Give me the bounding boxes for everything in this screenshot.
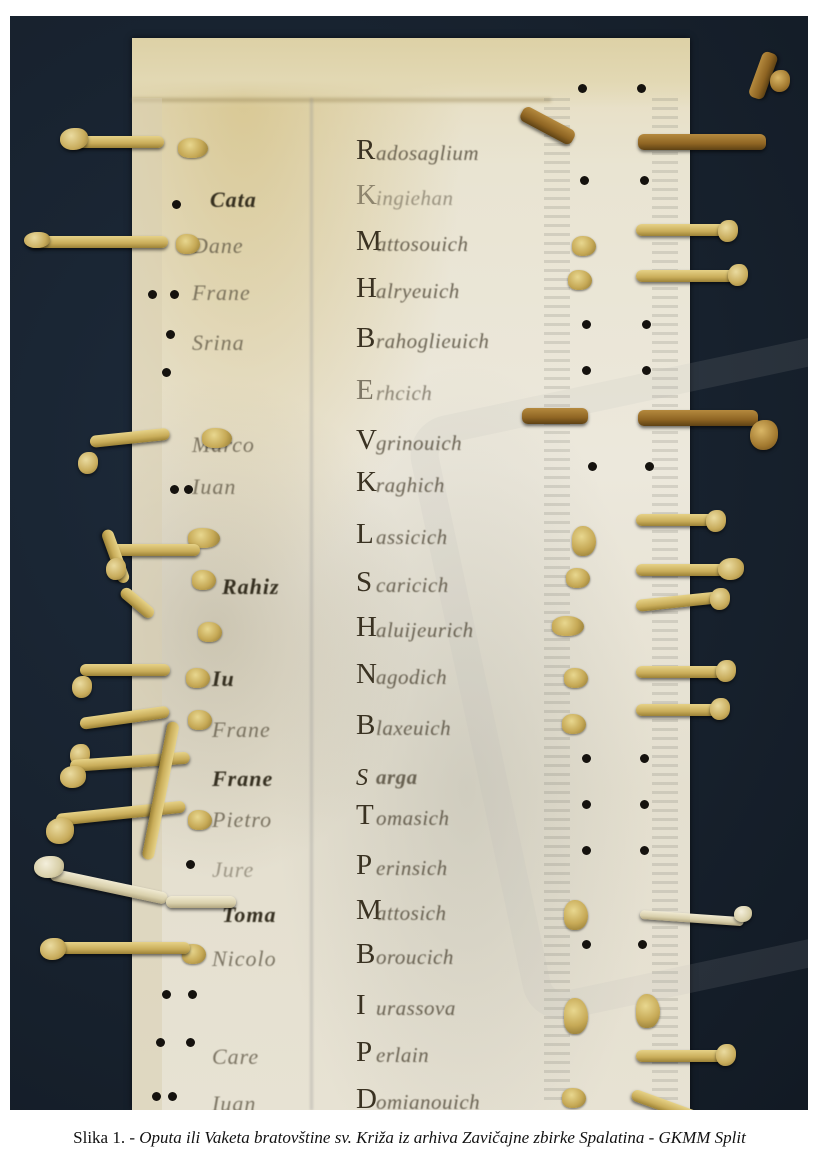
stitch-hole [582, 366, 591, 375]
thong-knot [188, 710, 212, 730]
thong-end [710, 588, 730, 610]
thong-knot [566, 568, 590, 588]
stitch-hole [582, 800, 591, 809]
leather-thong [522, 408, 588, 424]
thong-end [770, 70, 790, 92]
surname-initial: K [356, 468, 377, 497]
surname-initial: H [356, 613, 377, 642]
name-row: Dane M attosouich [132, 227, 690, 267]
thong-knot [564, 998, 588, 1034]
stitch-hole [642, 366, 651, 375]
leather-thong [636, 514, 716, 526]
surname: agodich [376, 665, 447, 690]
archival-photograph: R adosaglium Cata K ingiehan Dane M atto… [10, 16, 808, 1110]
leather-thong [638, 134, 766, 150]
surname: caricich [376, 573, 449, 598]
stitch-hole [186, 860, 195, 869]
stitch-hole [186, 1038, 195, 1047]
thong-knot [636, 994, 660, 1028]
name-row: Srina B rahoglieuich [132, 324, 690, 364]
stitch-hole [170, 485, 179, 494]
stitch-hole [640, 176, 649, 185]
stitch-hole [162, 368, 171, 377]
stitch-hole [582, 754, 591, 763]
thong-knot [564, 900, 588, 930]
surname: attosouich [376, 232, 469, 257]
stitch-hole [580, 176, 589, 185]
thong-end [24, 232, 50, 248]
surname-initial: N [356, 660, 377, 689]
first-name: Rahiz [222, 574, 372, 600]
thong-end [72, 676, 92, 698]
surname: aluijeurich [376, 618, 474, 643]
stitch-hole [156, 1038, 165, 1047]
first-name: Jure [212, 857, 362, 883]
thong-end [106, 558, 126, 580]
figure-caption: Slika 1. - Oputa ili Vaketa bratovštine … [0, 1128, 819, 1148]
name-row: Pietro T omasich [132, 801, 690, 841]
stitch-hole [645, 462, 654, 471]
stitch-hole [184, 485, 193, 494]
name-row: Cata K ingiehan [132, 181, 690, 221]
stitch-hole [640, 754, 649, 763]
surname: attosich [376, 901, 447, 926]
stitch-hole [170, 290, 179, 299]
thong-knot [562, 1088, 586, 1108]
stitch-hole [582, 846, 591, 855]
surname: raghich [376, 473, 445, 498]
thong-end [60, 766, 86, 788]
thong-knot [564, 668, 588, 688]
thong-knot [568, 270, 592, 290]
surname: rhcich [376, 381, 432, 406]
stitch-hole [148, 290, 157, 299]
surname: grinouich [376, 431, 462, 456]
stitch-hole [166, 330, 175, 339]
name-row: Rahiz S caricich [132, 568, 690, 608]
thong-knot [198, 622, 222, 642]
thong-end [60, 128, 88, 150]
stitch-hole [188, 990, 197, 999]
leather-thong [166, 896, 236, 908]
surname: oroucich [376, 945, 454, 970]
surname-initial: T [356, 801, 374, 830]
name-row: Iuan K raghich [132, 468, 690, 508]
thong-knot [176, 234, 200, 254]
stitch-hole [152, 1092, 161, 1101]
stitch-hole [640, 800, 649, 809]
name-row: Iuan D omianouich [132, 1085, 690, 1110]
first-name: Srina [192, 330, 342, 356]
surname-initial: V [356, 426, 377, 455]
name-row: Jure P erinsich [132, 851, 690, 891]
thong-end [716, 660, 736, 682]
stitch-hole [168, 1092, 177, 1101]
first-name: Dane [192, 233, 342, 259]
leather-thong [110, 544, 200, 556]
surname: assicich [376, 525, 448, 550]
thong-end [734, 906, 752, 922]
stitch-hole [582, 940, 591, 949]
thong-knot [178, 138, 208, 158]
stitch-hole [640, 846, 649, 855]
first-name: Frane [212, 766, 362, 792]
thong-end [78, 452, 98, 474]
name-row: Nicolo B oroucich [132, 940, 690, 980]
surname: urassova [376, 996, 456, 1021]
surname-initial: L [356, 520, 374, 549]
surname-initial: P [356, 1038, 372, 1067]
surname-initial: R [356, 136, 375, 165]
name-row: Frane H alryeuich [132, 274, 690, 314]
name-row: Care P erlain [132, 1038, 690, 1078]
surname: omianouich [376, 1090, 480, 1110]
surname-initial: E [356, 376, 374, 405]
name-row: Frane B laxeuich [132, 711, 690, 751]
parchment-sheet: R adosaglium Cata K ingiehan Dane M atto… [132, 38, 690, 1110]
leather-thong [636, 704, 718, 716]
first-name: Pietro [212, 807, 362, 833]
surname: erinsich [376, 856, 448, 881]
stitch-hole [642, 320, 651, 329]
leather-thong [636, 224, 728, 236]
first-name: Toma [222, 902, 372, 928]
surname: adosaglium [376, 141, 479, 166]
first-name: Frane [212, 717, 362, 743]
surname: rahoglieuich [376, 329, 489, 354]
surname-initial: B [356, 940, 375, 969]
first-name: Nicolo [212, 946, 362, 972]
surname-initial: B [356, 324, 375, 353]
surname-initial: H [356, 274, 377, 303]
caption-label: Slika 1. - [73, 1128, 139, 1147]
stitch-hole [588, 462, 597, 471]
surname: laxeuich [376, 716, 451, 741]
thong-end [718, 558, 744, 580]
thong-knot [562, 714, 586, 734]
leather-thong [636, 564, 726, 576]
first-name: Iuan [212, 1091, 362, 1110]
thong-end [706, 510, 726, 532]
first-name: Iuan [192, 474, 342, 500]
thong-end [710, 698, 730, 720]
name-row: Frane S arga [132, 760, 690, 800]
name-row: Iu N agodich [132, 660, 690, 700]
surname: alryeuich [376, 279, 460, 304]
stitch-hole [172, 200, 181, 209]
first-name: Cata [210, 187, 360, 213]
stitch-hole [582, 320, 591, 329]
thong-knot [186, 668, 210, 688]
surname: erlain [376, 1043, 429, 1068]
surname-initial: S [356, 766, 368, 790]
stitch-hole [638, 940, 647, 949]
stitch-hole [637, 84, 646, 93]
stitch-hole [578, 84, 587, 93]
surname-initial: B [356, 711, 375, 740]
surname-initial: S [356, 568, 372, 597]
thong-end [716, 1044, 736, 1066]
surname: omasich [376, 806, 450, 831]
thong-knot [202, 428, 232, 448]
thong-end [46, 818, 74, 844]
first-name: Care [212, 1044, 362, 1070]
first-name: Frane [192, 280, 342, 306]
leather-thong [50, 942, 190, 954]
name-row: E rhcich [132, 376, 690, 416]
surname-initial: K [356, 181, 377, 210]
surname-initial: I [356, 991, 366, 1020]
thong-knot [572, 526, 596, 556]
leather-thong [638, 410, 758, 426]
thong-end [728, 264, 748, 286]
thong-knot [552, 616, 584, 636]
surname-initial: D [356, 1085, 377, 1110]
thong-knot [188, 810, 212, 830]
first-name: Iu [212, 666, 362, 692]
name-row: R adosaglium [132, 136, 690, 176]
thong-end [40, 938, 66, 960]
leather-thong [636, 666, 726, 678]
caption-text: Oputa ili Vaketa bratovštine sv. Križa i… [139, 1128, 746, 1147]
name-row: I urassova [132, 991, 690, 1031]
thong-end [718, 220, 738, 242]
thong-end [34, 856, 64, 878]
surname-initial: P [356, 851, 372, 880]
stitch-hole [162, 990, 171, 999]
water-stain [132, 38, 690, 108]
leather-thong [80, 664, 170, 676]
leather-thong [636, 270, 736, 282]
surname: ingiehan [376, 186, 454, 211]
leather-thong [636, 1050, 728, 1062]
thong-end [750, 420, 778, 450]
surname: arga [376, 765, 418, 790]
thong-knot [572, 236, 596, 256]
thong-knot [192, 570, 216, 590]
